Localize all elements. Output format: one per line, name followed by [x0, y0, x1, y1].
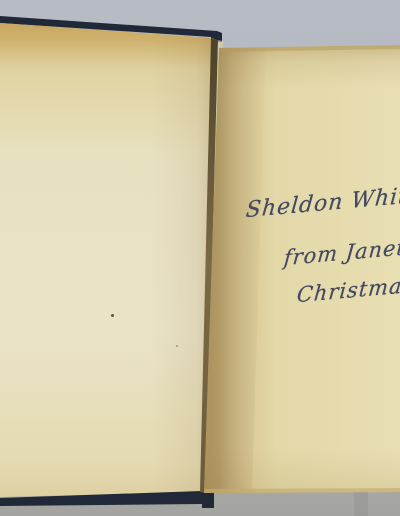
- paper-speck: [176, 345, 178, 347]
- paper-speck: [111, 314, 114, 317]
- book-photo: Sheldon Whitehouse from Janetta. Christm…: [0, 0, 400, 516]
- table-surface-shadow: [354, 492, 368, 516]
- open-book: [0, 0, 400, 516]
